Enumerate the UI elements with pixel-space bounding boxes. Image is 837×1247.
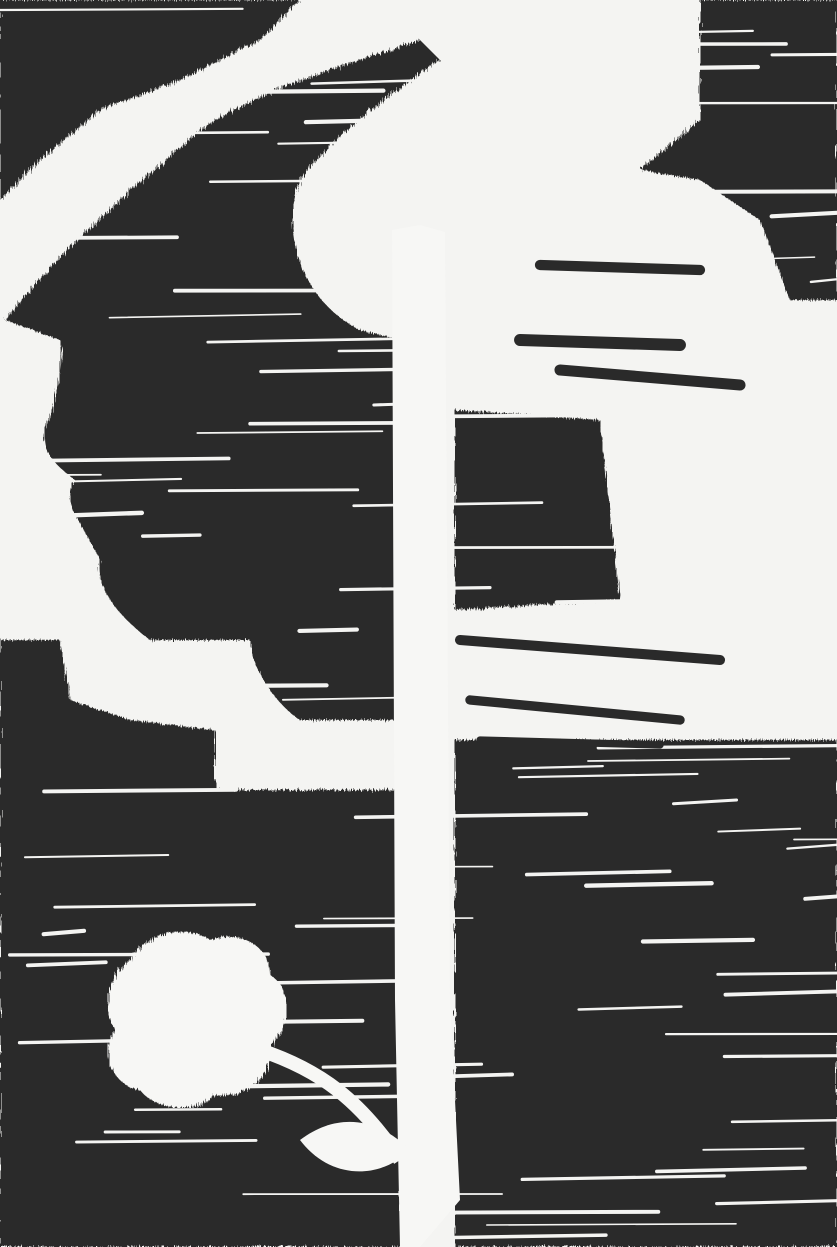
mid-right-block bbox=[455, 410, 620, 610]
woodcut-artwork bbox=[0, 0, 837, 1247]
artwork-canvas bbox=[0, 0, 837, 1247]
